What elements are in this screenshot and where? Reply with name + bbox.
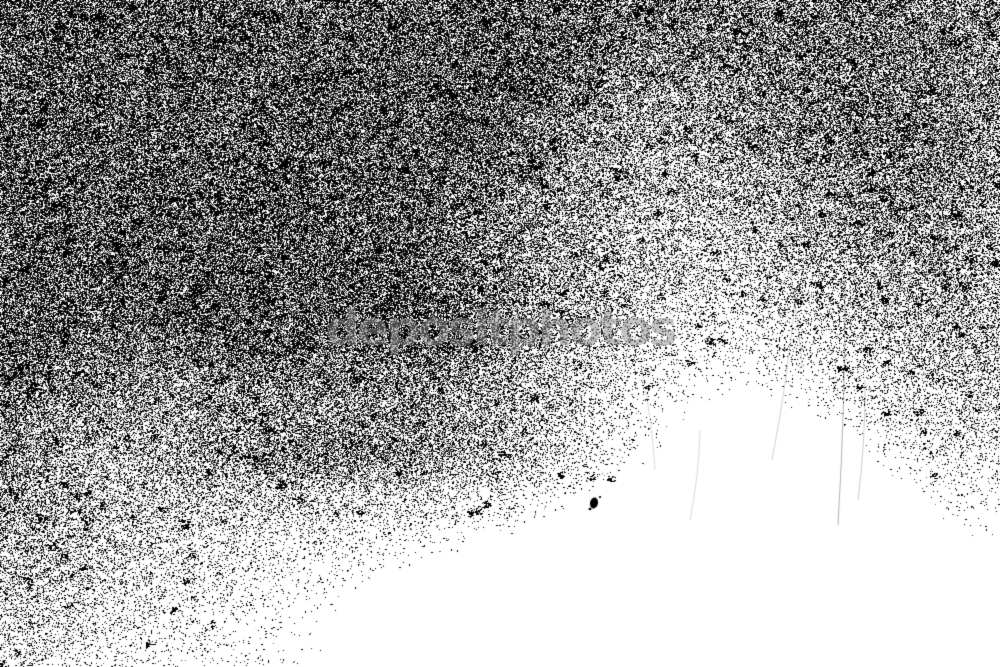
- noise-texture-canvas: [0, 0, 1000, 667]
- grunge-texture-image: depositphotos: [0, 0, 1000, 667]
